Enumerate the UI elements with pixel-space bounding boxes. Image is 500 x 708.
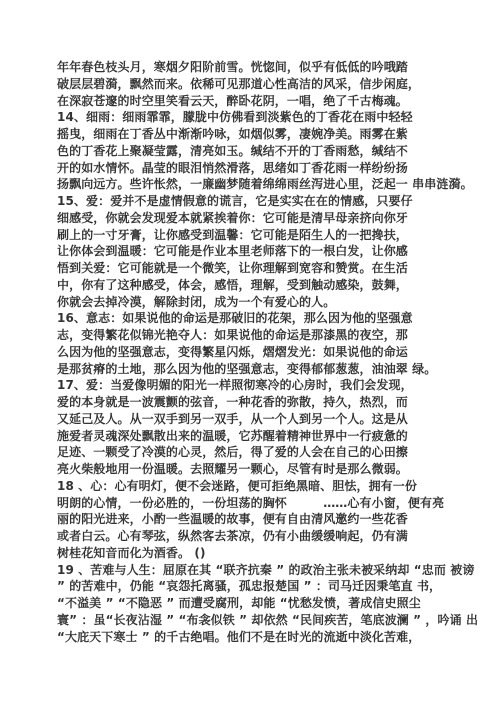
text-line: 年年春色枝头月，寒烟夕阳阶前雪。恍惚间，似乎有低低的吟哦踏 (57, 59, 457, 76)
text-line: 明朗的心情，一份必胜的，一份坦荡的胸怀 ……心有小窗，便有亮 (57, 495, 457, 512)
document-page: 年年春色枝头月，寒烟夕阳阶前雪。恍惚间，似乎有低低的吟哦踏 破层层碧漪，飘然而来… (0, 0, 500, 708)
text-line: 17、爱：当爱像明媚的阳光一样照彻寒冷的心房时，我们会发现， (57, 377, 457, 394)
text-line: 让你体会到温暖：它可能是作业本里老师落下的一根白发，让你感 (57, 243, 457, 260)
text-line: 色的丁香花上聚凝莹露，清亮如玉。缄结不开的丁香雨愁，缄结不 (57, 143, 457, 160)
text-line: 你就会去掉冷漠，解除封闭，成为一个有爱心的人。 (57, 294, 457, 311)
text-line: 扬飘向远方。些许怅然，一廉幽梦随着绵绵雨丝泻进心里，泛起一 串串涟漪。 (57, 176, 457, 193)
text-line: 悟到关爱：它可能就是一个微笑，让你理解到宽容和赞赏。在生活 (57, 260, 457, 277)
text-line: 细感受，你就会发现爱本就紧挨着你：它可能是清早母亲挤向你牙 (57, 210, 457, 227)
text-line: “大庇天下寒士 ” 的千古绝唱。他们不是在时光的流逝中淡化苦难， (57, 629, 457, 646)
text-line: 14、细雨：细雨霏霏，朦胧中仿佛看到淡紫色的丁香花在雨中轻轻 (57, 109, 457, 126)
text-line: 亮火柴般地用一份温暖。去照耀另一颗心，尽管有时是那么微弱。 (57, 461, 457, 478)
text-line: 树桂花知音而化为酒香。 () (57, 545, 457, 562)
text-line: 16、意志：如果说他的命运是那破旧的花架，那么因为他的坚强意 (57, 310, 457, 327)
text-line: 摇曳，细雨在丁香丛中渐渐吟咏，如烟似雾，凄婉净美。雨雾在紫 (57, 126, 457, 143)
text-line: 么因为他的坚强意志，变得繁星闪烁，熠熠发光：如果说他的命运 (57, 344, 457, 361)
text-line: 开的如水情怀。晶莹的眼泪悄然滑落，思绪如丁香花雨一样纷纷扬 (57, 160, 457, 177)
text-line: ” 的苦难中，仍能 “哀怨托离骚，孤忠报楚国 ” ：司马迁因秉笔直 书， (57, 578, 457, 595)
text-block: 年年春色枝头月，寒烟夕阳阶前雪。恍惚间，似乎有低低的吟哦踏 破层层碧漪，飘然而来… (57, 59, 457, 645)
text-line: 19 、苦难与人生：屈原在其 “联齐抗秦 ” 的政治主张未被采纳却 “忠而 被谤 (57, 562, 457, 579)
text-line: 志，变得繁花似锦光艳夺人：如果说他的命运是那漆黑的夜空，那 (57, 327, 457, 344)
text-line: 在深寂苍邃的时空里笑看云天，醉卧花阴，一唱，绝了千古梅魂。 (57, 93, 457, 110)
text-line: “不溢美 ” “不隐恶 ” 而遭受腐刑，却能 “忧愁发愤，著成信史照尘 (57, 595, 457, 612)
text-line: 足迹、一颗受了冷漠的心灵，然后，得了爱的人会在自己的心田擦 (57, 444, 457, 461)
text-line: 丽的阳光进来，小酌一些温暖的故事，便有自由清风邀约一些花香 (57, 511, 457, 528)
text-line: 寰” ：虽“长夜沾湿 ” “布衾似铁 ” 却依然 “民间疾苦，笔底波澜 ” ，吟… (57, 612, 457, 629)
text-line: 破层层碧漪，飘然而来。依稀可见那道心性高洁的风采，信步闲庭， (57, 76, 457, 93)
text-line: 18 、心：心有明灯，便不会迷路，便可拒绝黑暗、胆怯，拥有一份 (57, 478, 457, 495)
text-line: 又延己及人。从一双手到另一双手，从一个人到另一个人。这是从 (57, 411, 457, 428)
text-line: 或者白云。心有琴弦，纵然客去茶凉，仍有小曲缓缓响起，仍有满 (57, 528, 457, 545)
text-line: 15、爱：爱并不是虚情假意的谎言，它是实实在在的情感，只要仔 (57, 193, 457, 210)
text-line: 爱的本身就是一波震颤的弦音，一种花香的弥散，持久，热烈，而 (57, 394, 457, 411)
text-line: 中，你有了这种感受，体会，感悟，理解，受到触动感染，鼓舞， (57, 277, 457, 294)
text-line: 刷上的一寸牙膏，让你感受到温馨：它可能是陌生人的一把搀扶， (57, 227, 457, 244)
text-line: 是那贫瘠的土地，那么因为他的坚强意志，变得郁郁葱葱，油油翠 绿。 (57, 361, 457, 378)
text-line: 施爱者灵魂深处飘散出来的温暖，它苏醒着精神世界中一行疲惫的 (57, 428, 457, 445)
